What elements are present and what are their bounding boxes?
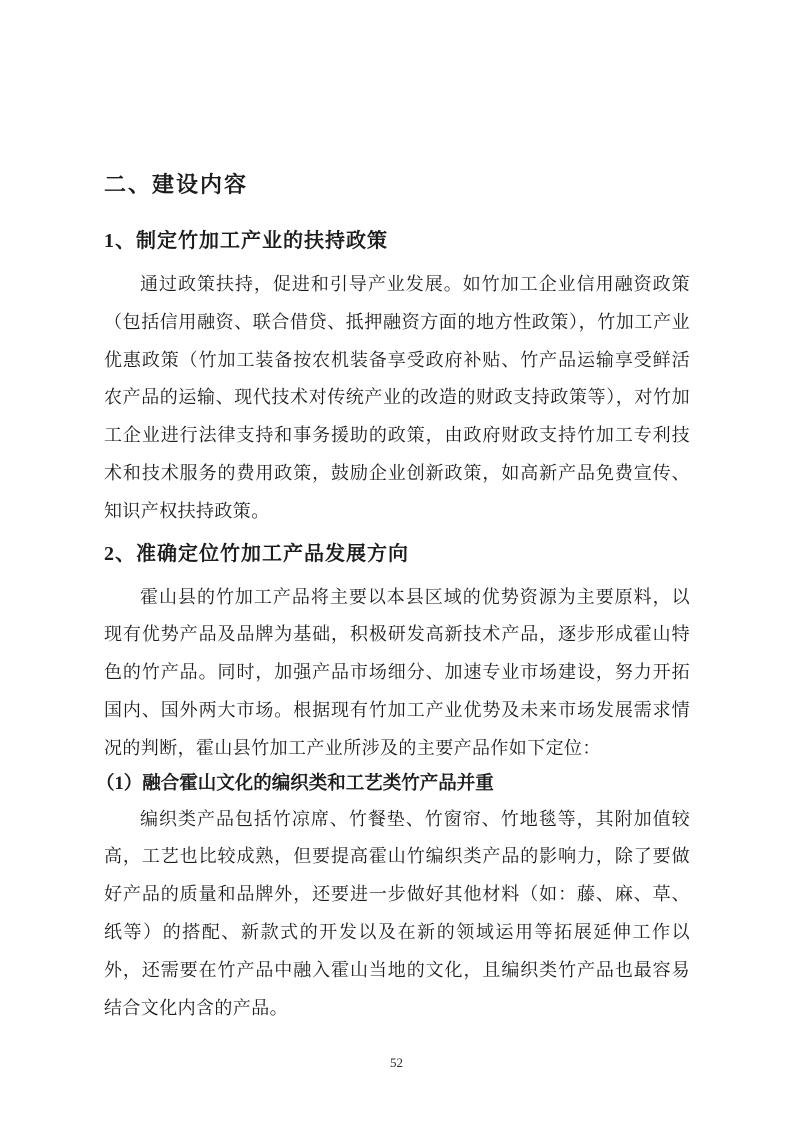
document-page: 二、建设内容 1、制定竹加工产业的扶持政策 通过政策扶持，促进和引导产业发展。如… [0,0,793,1122]
section-2-paragraph: 霍山县的竹加工产品将主要以本县区域的优势资源为主要原料，以现有优势产品及品牌为基… [104,579,690,768]
document-content: 二、建设内容 1、制定竹加工产业的扶持政策 通过政策扶持，促进和引导产业发展。如… [104,172,690,1027]
section-2-heading: 2、准确定位竹加工产品发展方向 [104,541,690,567]
section-2-subparagraph: 编织类产品包括竹凉席、竹餐垫、竹窗帘、竹地毯等，其附加值较高，工艺也比较成熟，但… [104,801,690,1028]
section-2-subheading: （1）融合霍山文化的编织类和工艺类竹产品并重 [96,768,690,801]
section-1-paragraph: 通过政策扶持，促进和引导产业发展。如竹加工企业信用融资政策（包括信用融资、联合借… [104,266,690,531]
section-1-heading: 1、制定竹加工产业的扶持政策 [104,228,690,254]
chapter-heading: 二、建设内容 [104,172,690,198]
page-number: 52 [0,1055,793,1071]
